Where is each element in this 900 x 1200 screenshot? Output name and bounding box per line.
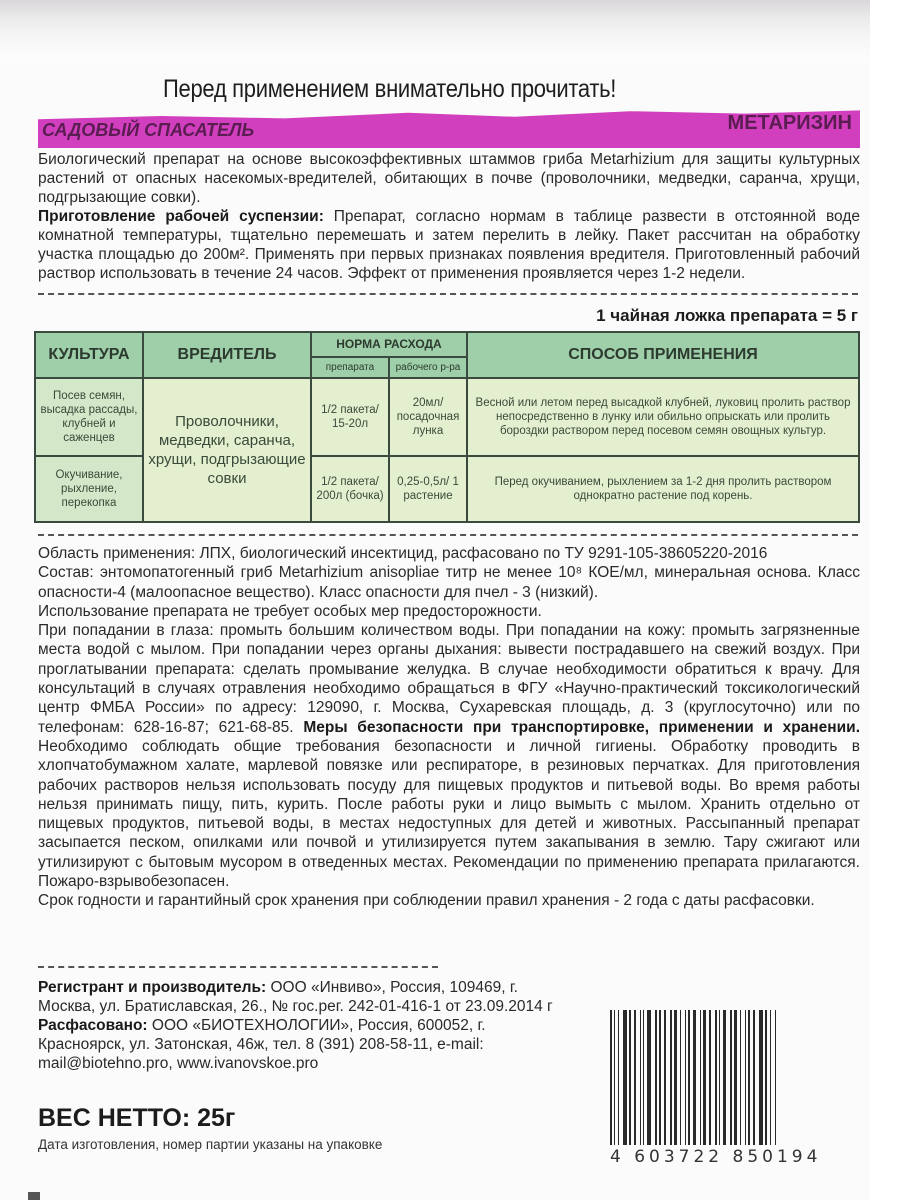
barcode: 4 603722 850194 xyxy=(610,1010,865,1170)
product-name: МЕТАРИЗИН xyxy=(728,112,852,135)
col-pest: ВРЕДИТЕЛЬ xyxy=(143,332,311,378)
cell-product-rate: 1/2 пакета/ 200л (бочка) xyxy=(311,456,389,522)
packer-paragraph: Расфасовано: ООО «БИОТЕХНОЛОГИИ», Россия… xyxy=(38,1016,558,1073)
col-norm-product: препарата xyxy=(311,357,389,378)
cell-method: Весной или летом перед высадкой клубней,… xyxy=(467,378,859,456)
usage-table: КУЛЬТУРА ВРЕДИТЕЛЬ НОРМА РАСХОДА СПОСОБ … xyxy=(34,331,860,523)
barcode-bars xyxy=(610,1010,865,1145)
net-weight: ВЕС НЕТТО: 25г xyxy=(38,1104,235,1133)
separator-dashed xyxy=(38,534,858,536)
brand-line: САДОВЫЙ СПАСАТЕЛЬ xyxy=(42,120,254,141)
registrant-label: Регистрант и производитель: xyxy=(38,979,266,996)
product-description: Биологический препарат на основе высокоэ… xyxy=(38,150,860,207)
safety-text: Необходимо соблюдать общие требования бе… xyxy=(38,738,860,890)
packer-label: Расфасовано: xyxy=(38,1017,148,1034)
first-aid-paragraph: При попадании в глаза: промыть большим к… xyxy=(38,621,860,891)
warning-title: Перед применением внимательно прочитать! xyxy=(163,74,616,103)
scope-text: Область применения: ЛПХ, биологический и… xyxy=(38,544,860,563)
col-culture: КУЛЬТУРА xyxy=(35,332,143,378)
no-precautions-text: Использование препарата не требует особы… xyxy=(38,602,860,621)
cell-solution-rate: 20мл/ посадочная лунка xyxy=(389,378,467,456)
preparation-label: Приготовление рабочей суспензии: xyxy=(38,208,324,225)
cell-pest: Проволочники, медведки, саранча, хрущи, … xyxy=(143,378,311,522)
col-method: СПОСОБ ПРИМЕНЕНИЯ xyxy=(467,332,859,378)
composition-text: Состав: энтомопатогенный гриб Metarhiziu… xyxy=(38,563,860,602)
col-norm: НОРМА РАСХОДА xyxy=(311,332,467,357)
table-row: Посев семян, высадка рассады, клубней и … xyxy=(35,378,859,456)
registrant-paragraph: Регистрант и производитель: ООО «Инвиво»… xyxy=(38,978,558,1016)
manufacturer-section: Регистрант и производитель: ООО «Инвиво»… xyxy=(38,978,558,1073)
cell-method: Перед окучиванием, рыхлением за 1-2 дня … xyxy=(467,456,859,522)
col-norm-solution: рабочего р-ра xyxy=(389,357,467,378)
cell-culture: Посев семян, высадка рассады, клубней и … xyxy=(35,378,143,456)
package-right-edge xyxy=(870,0,900,1200)
cell-product-rate: 1/2 пакета/ 15-20л xyxy=(311,378,389,456)
intro-section: Биологический препарат на основе высокоэ… xyxy=(38,150,860,283)
separator-dashed xyxy=(38,293,858,295)
preparation-paragraph: Приготовление рабочей суспензии: Препара… xyxy=(38,207,860,283)
batch-note: Дата изготовления, номер партии указаны … xyxy=(38,1137,382,1152)
separator-dashed xyxy=(38,966,438,968)
corner-mark xyxy=(28,1192,40,1200)
info-section: Область применения: ЛПХ, биологический и… xyxy=(38,544,860,911)
cell-culture: Окучивание, рыхление, перекопка xyxy=(35,456,143,522)
safety-label: Меры безопасности при транспортировке, п… xyxy=(303,719,860,736)
teaspoon-note: 1 чайная ложка препарата = 5 г xyxy=(596,306,858,326)
shelf-life-text: Срок годности и гарантийный срок хранени… xyxy=(38,891,860,910)
barcode-number: 4 603722 850194 xyxy=(610,1147,865,1167)
cell-solution-rate: 0,25-0,5л/ 1 растение xyxy=(389,456,467,522)
package-top-edge xyxy=(0,0,900,62)
